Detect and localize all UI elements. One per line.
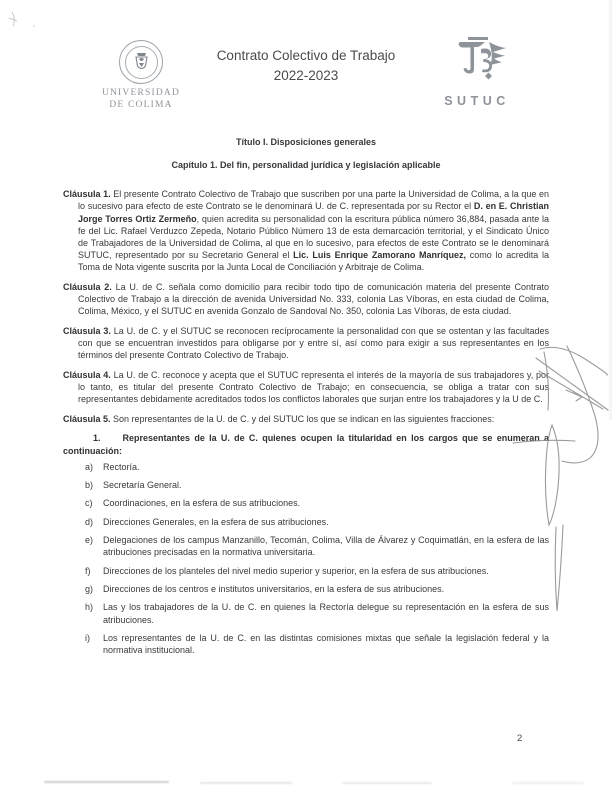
scan-edge-shadow: [607, 0, 612, 420]
clause-label: Cláusula 3.: [63, 326, 114, 336]
clause-label: Cláusula 1.: [63, 189, 113, 199]
list-item: f)Direcciones de los planteles del nivel…: [63, 565, 549, 577]
clause-label: Cláusula 5.: [63, 414, 113, 424]
document-body: Título I. Disposiciones generales Capítu…: [63, 136, 549, 662]
sutuc-wordmark: SUTUC: [422, 94, 532, 108]
scanned-contract-page: UNIVERSIDAD DE COLIMA Contrato Colectivo…: [0, 0, 612, 792]
sutuc-logo: SUTUC: [422, 36, 532, 108]
clause-paragraph: Cláusula 2. La U. de C. señala como domi…: [63, 281, 549, 317]
list-item-marker: h): [85, 601, 93, 613]
list-item-marker: e): [85, 534, 93, 546]
clause-text: La U. de C. y el SUTUC se reconocen recí…: [78, 326, 549, 360]
page-number: 2: [517, 733, 522, 744]
list-item-text: Direcciones de los centros e institutos …: [103, 584, 444, 594]
list-item: b)Secretaría General.: [63, 479, 549, 491]
clause-paragraph: Cláusula 1. El presente Contrato Colecti…: [63, 188, 549, 273]
list-item: d)Direcciones Generales, en la esfera de…: [63, 516, 549, 528]
university-wordmark: UNIVERSIDAD DE COLIMA: [93, 88, 189, 112]
list-item-text: Coordinaciones, en la esfera de sus atri…: [103, 498, 300, 508]
document-header-title: Contrato Colectivo de Trabajo 2022-2023: [156, 46, 456, 85]
list-item-marker: g): [85, 583, 93, 595]
scan-smudge: [342, 782, 432, 784]
clause-text: La U. de C. señala como domicilio para r…: [78, 282, 549, 316]
scan-smudge: [512, 782, 584, 784]
list-item: g)Direcciones de los centros e instituto…: [63, 583, 549, 595]
clause-label: Cláusula 2.: [63, 282, 116, 292]
eagle-crest-icon: [133, 52, 150, 73]
lettered-list: a)Rectoría.b)Secretaría General.c)Coordi…: [63, 461, 549, 656]
list-item-marker: f): [85, 565, 91, 577]
clause-paragraph: Cláusula 5. Son representantes de la U. …: [63, 413, 549, 425]
clause-text: Son representantes de la U. de C. y del …: [113, 414, 494, 424]
list-item-marker: d): [85, 516, 93, 528]
title-heading: Título I. Disposiciones generales: [63, 136, 549, 148]
list-item-text: Secretaría General.: [103, 480, 182, 490]
clause-text: La U. de C. reconoce y acepta que el SUT…: [78, 370, 549, 404]
list-item-text: Delegaciones de los campus Manzanillo, T…: [103, 535, 549, 557]
numbered-item-1: 1.Representantes de la U. de C. quienes …: [63, 432, 549, 456]
list-item-text: Direcciones Generales, en la esfera de s…: [103, 517, 329, 527]
clause-paragraph: Cláusula 3. La U. de C. y el SUTUC se re…: [63, 325, 549, 361]
clauses: Cláusula 1. El presente Contrato Colecti…: [63, 188, 549, 425]
sutuc-monogram-icon: [444, 36, 510, 88]
clause-paragraph: Cláusula 4. La U. de C. reconoce y acept…: [63, 369, 549, 405]
numbered-item-text: Representantes de la U. de C. quienes oc…: [63, 433, 549, 455]
list-item-text: Los representantes de la U. de C. en las…: [103, 633, 549, 655]
list-item-text: Las y los trabajadores de la U. de C. en…: [103, 602, 549, 624]
list-item-text: Direcciones de los planteles del nivel m…: [103, 566, 489, 576]
list-item-marker: i): [85, 632, 90, 644]
list-item: e)Delegaciones de los campus Manzanillo,…: [63, 534, 549, 558]
list-item-text: Rectoría.: [103, 462, 140, 472]
list-item-marker: a): [85, 461, 93, 473]
list-item: h)Las y los trabajadores de la U. de C. …: [63, 601, 549, 625]
numbered-item-number: 1.: [93, 433, 101, 443]
scan-smudge: [44, 781, 169, 783]
list-item: i)Los representantes de la U. de C. en l…: [63, 632, 549, 656]
clause-bold-text: Lic. Luis Enrique Zamorano Manríquez,: [293, 250, 466, 260]
scan-smudge: [200, 782, 292, 784]
page-header: UNIVERSIDAD DE COLIMA Contrato Colectivo…: [0, 40, 612, 120]
list-item: c)Coordinaciones, en la esfera de sus at…: [63, 497, 549, 509]
chapter-heading: Capítulo 1. Del fin, personalidad jurídi…: [63, 159, 549, 171]
list-item-marker: c): [85, 497, 93, 509]
list-item-marker: b): [85, 479, 93, 491]
clause-label: Cláusula 4.: [63, 370, 114, 380]
list-item: a)Rectoría.: [63, 461, 549, 473]
